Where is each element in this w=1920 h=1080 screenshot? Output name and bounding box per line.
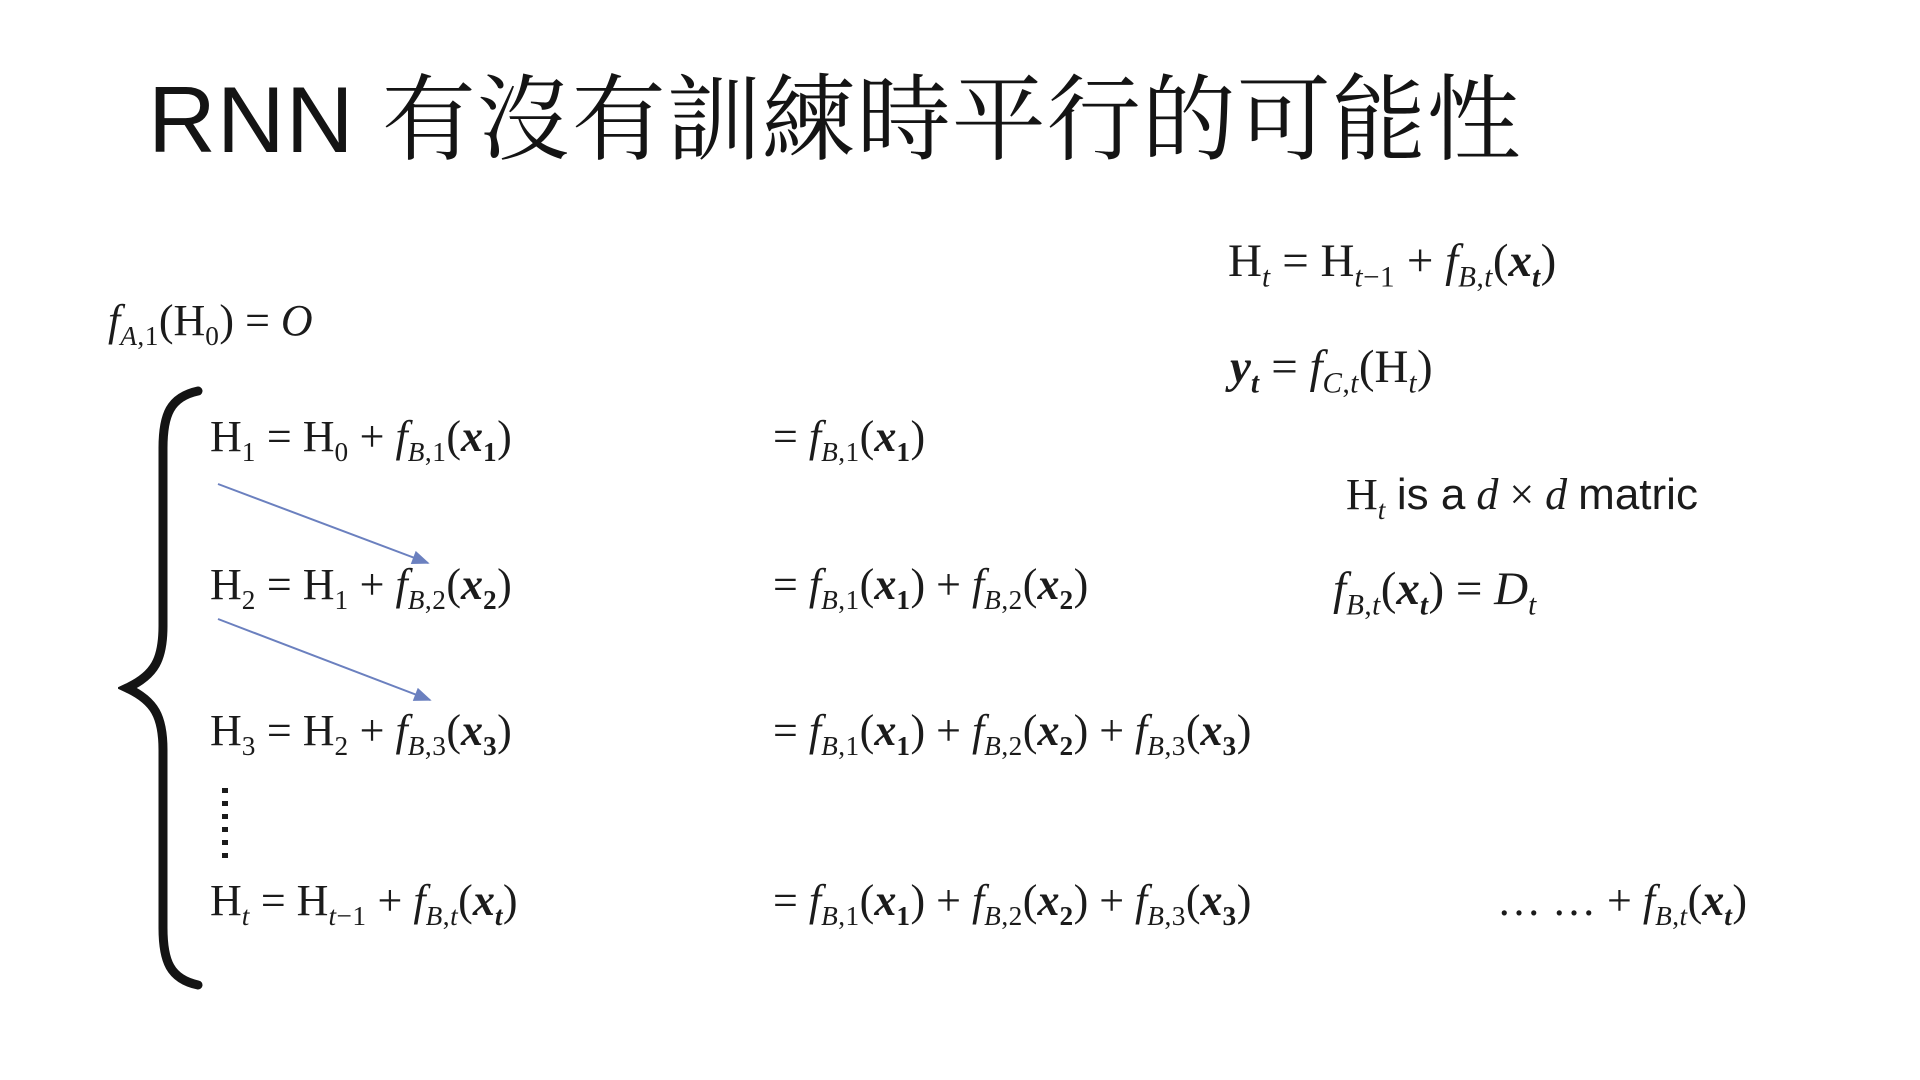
recurrence-row-2: H2 = H1 + fB,2(x2) = fB,1(x1) + fB,2(x2) <box>0 560 1920 624</box>
arrow-h2-to-row3-icon <box>218 619 430 700</box>
recurrence-row-1: H1 = H0 + fB,1(x1) = fB,1(x1) <box>0 412 1920 476</box>
recurrence-row-3: H3 = H2 + fB,3(x3) = fB,1(x1) + fB,2(x2)… <box>0 706 1920 770</box>
expansion-rhs-t: = fB,1(x1) + fB,2(x2) + fB,3(x3) <box>773 876 1251 927</box>
recurrence-lhs-3: H3 = H2 + fB,3(x3) <box>210 706 512 757</box>
slide-title: RNN 有沒有訓練時平行的可能性 <box>148 64 1522 177</box>
arrow-h1-to-row2-icon <box>218 484 428 563</box>
recurrence-lhs-2: H2 = H1 + fB,2(x2) <box>210 560 512 611</box>
slide-canvas: RNN 有沒有訓練時平行的可能性 fA,1(H0) = O H1 = H0 + … <box>0 0 1920 1080</box>
recurrence-lhs-1: H1 = H0 + fB,1(x1) <box>210 412 512 463</box>
expansion-rhs-1: = fB,1(x1) <box>773 412 925 463</box>
expansion-rhs-3: = fB,1(x1) + fB,2(x2) + fB,3(x3) <box>773 706 1251 757</box>
vertical-ellipsis <box>222 788 228 862</box>
recurrence-row-t: Ht = Ht−1 + fB,t(xt) = fB,1(x1) + fB,2(x… <box>0 876 1920 940</box>
side-output-eq: yt = fC,t(Ht) <box>1230 340 1433 394</box>
expansion-rhs-2: = fB,1(x1) + fB,2(x2) <box>773 560 1088 611</box>
side-diagonal-eq: fB,t(xt) = Dt <box>1333 562 1537 616</box>
recurrence-lhs-t: Ht = Ht−1 + fB,t(xt) <box>210 876 518 927</box>
init-condition-formula: fA,1(H0) = O <box>108 296 313 347</box>
expansion-tail-t: … … + fB,t(xt) <box>1497 876 1747 927</box>
side-matrix-note: Ht is a d × d matric <box>1346 470 1698 521</box>
side-recurrence-eq: Ht = Ht−1 + fB,t(xt) <box>1228 234 1556 288</box>
